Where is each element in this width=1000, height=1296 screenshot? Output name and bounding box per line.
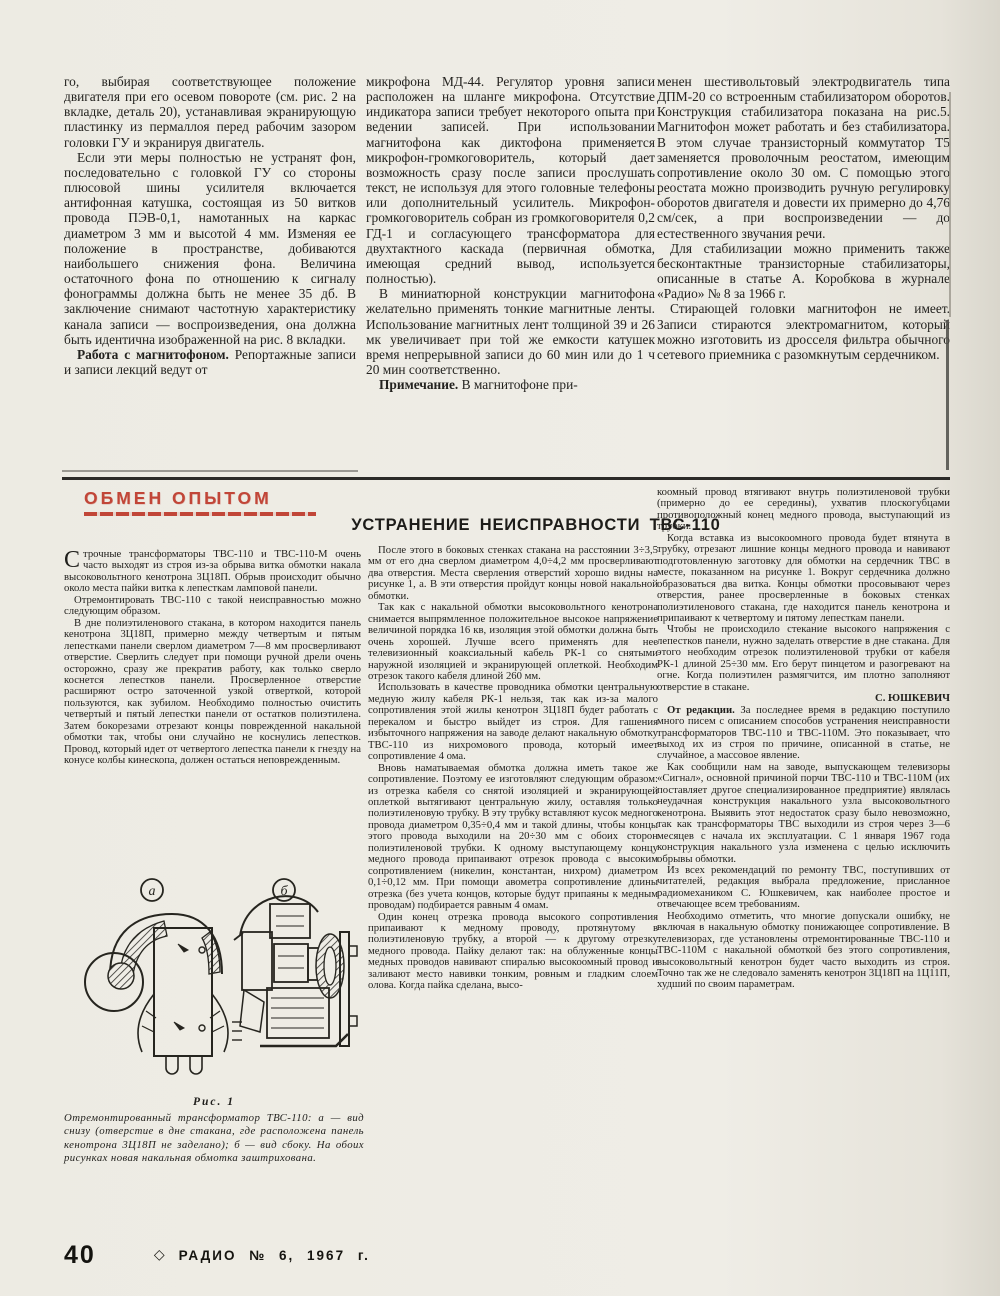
paragraph-lead: От редакции. (667, 704, 735, 716)
scan-artifact-dark-line (946, 320, 949, 470)
paragraph: Использовать в качестве проводника обмот… (368, 682, 658, 762)
paragraph: Отремонтировать ТВС-110 с такой неисправ… (64, 595, 361, 618)
paragraph: В миниатюрной конструкции магнитофона же… (366, 286, 655, 377)
figure-caption: Отремонтированный трансформатор ТВС-110:… (64, 1112, 364, 1166)
paragraph: Из всех рекомендаций по ремонту ТВС, пос… (657, 865, 950, 911)
paragraph: микрофона МД-44. Регулятор уровня записи… (366, 74, 655, 286)
paragraph: Примечание. В магнитофоне при- (366, 377, 655, 392)
paragraph: коомный провод втягивают внутрь полиэтил… (657, 487, 950, 533)
paragraph: Строчные трансформаторы ТВС-110 и ТВС-11… (64, 549, 361, 595)
journal-issue-label: РАДИО № 6, 1967 г. (179, 1248, 370, 1263)
scan-artifact-rule (62, 470, 358, 472)
top-article-column-2: микрофона МД-44. Регулятор уровня записи… (366, 74, 655, 392)
paragraph: Как сообщили нам на заводе, выпускающем … (657, 762, 950, 865)
paragraph-lead: С. ЮШКЕВИЧ (875, 692, 950, 704)
figure-label-a: а (141, 879, 163, 901)
section-divider-rule (62, 477, 950, 480)
figure-transformer-drawing: а б (62, 876, 366, 1090)
paragraph-lead: Примечание. (379, 377, 458, 392)
paragraph-lead: Работа с магнитофоном. (77, 347, 229, 362)
top-article-column-1: го, выбирая соответствующее положение дв… (64, 74, 356, 377)
section-stamp-label: ОБМЕН ОПЫТОМ (84, 488, 272, 508)
paragraph: После этого в боковых стенках стакана на… (368, 545, 658, 602)
article-column-2: После этого в боковых стенках стакана на… (368, 545, 658, 992)
article-column-1: Строчные трансформаторы ТВС-110 и ТВС-11… (64, 549, 361, 767)
article-column-3: коомный провод втягивают внутрь полиэтил… (657, 487, 950, 991)
magazine-page: го, выбирая соответствующее положение дв… (0, 0, 1000, 1296)
top-article-column-3: менен шестивольтовый электродвигатель ти… (657, 74, 950, 362)
paragraph: го, выбирая соответствующее положение дв… (64, 74, 356, 150)
figure-caption-title: Рис. 1 (64, 1096, 364, 1108)
transformer-sketch: а б (62, 876, 366, 1090)
paragraph: Когда вставка из высокоомного провода бу… (657, 533, 950, 625)
scan-artifact-light-line (949, 92, 951, 317)
paragraph: Чтобы не происходило стекание высокого н… (657, 624, 950, 693)
paragraph: Для стабилизации можно применить также б… (657, 241, 950, 302)
paragraph: В дне полиэтиленового стакана, в котором… (64, 618, 361, 767)
page-footer: 40 ◇ РАДИО № 6, 1967 г. (64, 1240, 370, 1270)
paragraph: От редакции. За последнее время в редакц… (657, 705, 950, 762)
paragraph: Работа с магнитофоном. Репортажные запис… (64, 347, 356, 377)
paragraph: Если эти меры полностью не устранят фон,… (64, 150, 356, 347)
paragraph: менен шестивольтовый электродвигатель ти… (657, 74, 950, 241)
paragraph: Один конец отрезка провода высокого сопр… (368, 912, 658, 992)
paragraph: Стирающей головки магнитофон не имеет. З… (657, 301, 950, 362)
svg-text:а: а (149, 884, 156, 899)
page-number: 40 (64, 1241, 96, 1270)
drop-cap: С (64, 549, 83, 570)
diamond-icon: ◇ (154, 1247, 165, 1264)
transformer-view-side (232, 896, 357, 1046)
paragraph: Необходимо отметить, что многие допускал… (657, 911, 950, 991)
paragraph: Так как с накальной обмотки высоковольтн… (368, 602, 658, 682)
transformer-view-bottom (85, 914, 228, 1074)
section-stamp: ОБМЕН ОПЫТОМ (84, 488, 324, 516)
paragraph: Вновь наматываемая обмотка должна иметь … (368, 763, 658, 912)
